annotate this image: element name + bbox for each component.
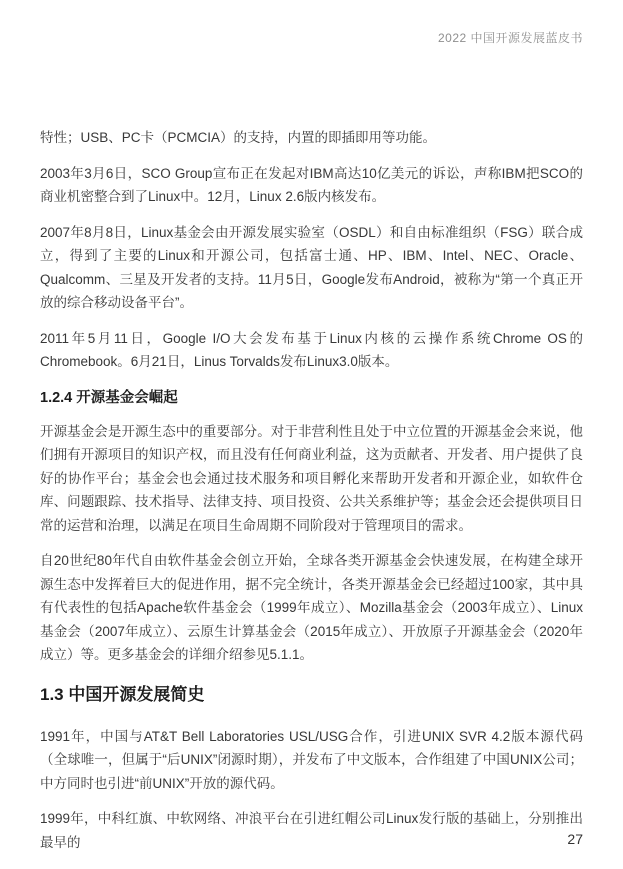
page-content: 特性；USB、PC卡（PCMCIA）的支持，内置的即插即用等功能。 2003年3… xyxy=(40,126,583,866)
paragraph-2011-chrome-os: 2011年5月11日，Google I/O大会发布基于Linux内核的云操作系统… xyxy=(40,327,583,374)
paragraph-1991-unix: 1991年，中国与AT&T Bell Laboratories USL/USG合… xyxy=(40,725,583,796)
paragraph-foundation-growth: 自20世纪80年代自由软件基金会创立开始，全球各类开源基金会快速发展，在构建全球… xyxy=(40,549,583,667)
page-number: 27 xyxy=(567,831,583,847)
section-heading-1-3: 1.3 中国开源发展简史 xyxy=(40,681,583,709)
paragraph-foundation-role: 开源基金会是开源生态中的重要部分。对于非营利性且处于中立位置的开源基金会来说，他… xyxy=(40,420,583,538)
paragraph-features-continued: 特性；USB、PC卡（PCMCIA）的支持，内置的即插即用等功能。 xyxy=(40,126,583,150)
page-header: 2022 中国开源发展蓝皮书 xyxy=(40,29,583,47)
paragraph-1999-redflag-linux: 1999年，中科红旗、中软网络、冲浪平台在引进红帽公司Linux发行版的基础上，… xyxy=(40,807,583,854)
document-page: 2022 中国开源发展蓝皮书 特性；USB、PC卡（PCMCIA）的支持，内置的… xyxy=(0,0,623,869)
paragraph-2007-linux-foundation: 2007年8月8日，Linux基金会由开源发展实验室（OSDL）和自由标准组织（… xyxy=(40,221,583,315)
section-heading-1-2-4: 1.2.4 开源基金会崛起 xyxy=(40,386,583,410)
paragraph-2003-sco-lawsuit: 2003年3月6日，SCO Group宣布正在发起对IBM高达10亿美元的诉讼，… xyxy=(40,162,583,209)
header-title: 2022 中国开源发展蓝皮书 xyxy=(438,31,583,45)
